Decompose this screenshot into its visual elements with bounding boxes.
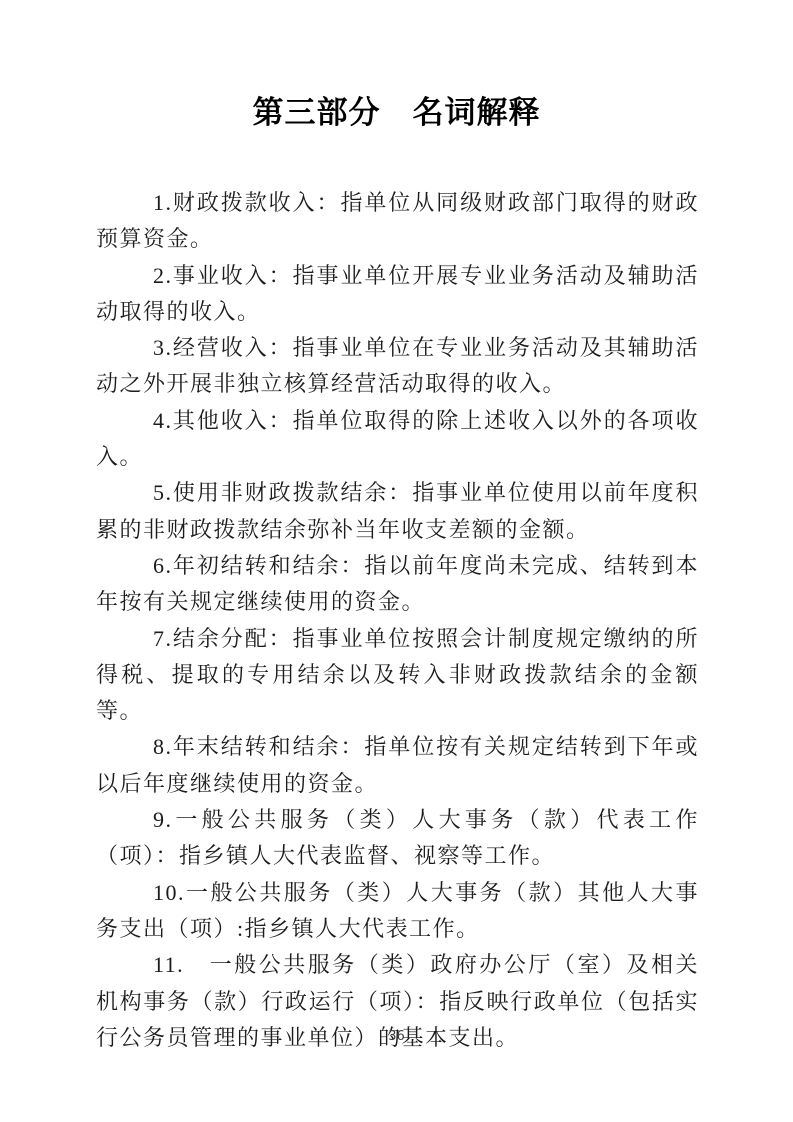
- definition-item-2: 2.事业收入：指事业单位开展专业业务活动及辅助活动取得的收入。: [96, 258, 699, 331]
- definition-item-3: 3.经营收入：指事业单位在专业业务活动及其辅助活动之外开展非独立核算经营活动取得…: [96, 330, 699, 403]
- document-page: 第三部分 名词解释 1.财政拨款收入：指单位从同级财政部门取得的财政预算资金。 …: [0, 0, 793, 1122]
- definition-item-4: 4.其他收入：指单位取得的除上述收入以外的各项收入。: [96, 403, 699, 476]
- definition-item-1: 1.财政拨款收入：指单位从同级财政部门取得的财政预算资金。: [96, 185, 699, 258]
- page-title: 第三部分 名词解释: [0, 0, 793, 133]
- definition-item-6: 6.年初结转和结余：指以前年度尚未完成、结转到本年按有关规定继续使用的资金。: [96, 548, 699, 621]
- definition-item-8: 8.年末结转和结余：指单位按有关规定结转到下年或以后年度继续使用的资金。: [96, 729, 699, 802]
- page-number: 36: [0, 1029, 793, 1044]
- definition-item-5: 5.使用非财政拨款结余：指事业单位使用以前年度积累的非财政拨款结余弥补当年收支差…: [96, 475, 699, 548]
- definition-item-10: 10.一般公共服务（类）人大事务（款）其他人大事务支出（项）:指乡镇人大代表工作…: [96, 875, 699, 948]
- definition-item-9: 9.一般公共服务（类）人大事务（款）代表工作（项）：指乡镇人大代表监督、视察等工…: [96, 802, 699, 875]
- definitions-list: 1.财政拨款收入：指单位从同级财政部门取得的财政预算资金。 2.事业收入：指事业…: [96, 185, 699, 1056]
- definition-item-7: 7.结余分配：指事业单位按照会计制度规定缴纳的所得税、提取的专用结余以及转入非财…: [96, 621, 699, 730]
